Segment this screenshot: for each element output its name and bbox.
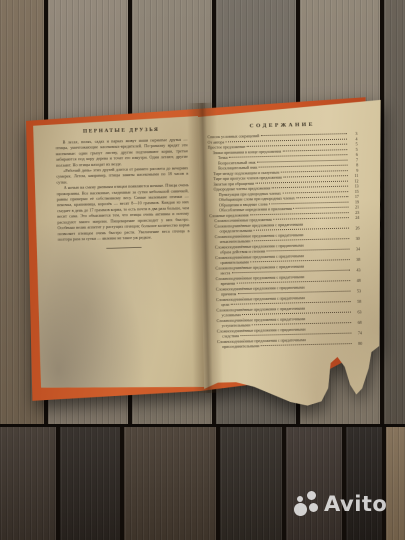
body-paragraph: А ночью на смену дневным птицам появляют… [56, 182, 189, 242]
toc-dot-leader [261, 133, 347, 136]
left-page-title: ПЕРНАТЫЕ ДРУЗЬЯ [55, 126, 187, 134]
toc-page-number: 48 [352, 278, 361, 283]
toc-dot-leader [269, 201, 349, 204]
toc-page-number: 34 [351, 247, 360, 252]
photo-scene: ПЕРНАТЫЕ ДРУЗЬЯ В лесах, полях, садах и … [0, 0, 405, 540]
left-paragraphs: В лесах, полях, садах и парках живут наш… [55, 137, 189, 243]
avito-watermark: Avito [294, 490, 387, 517]
toc-list: Список условных сокращений3От автора4Про… [207, 131, 362, 350]
toc-dot-leader [273, 217, 349, 220]
toc-dot-leader [261, 343, 352, 346]
toc-page-number: 30 [351, 236, 360, 241]
toc-dot-leader [282, 191, 348, 193]
toc-page-number: 38 [351, 257, 360, 262]
toc-dot-leader [250, 212, 349, 215]
toc-dot-leader [255, 180, 348, 183]
left-page: ПЕРНАТЫЕ ДРУЗЬЯ В лесах, полях, садах и … [33, 113, 204, 393]
toc-page-number: 74 [353, 331, 362, 336]
toc-dot-leader [283, 149, 348, 151]
toc-page-number: 80 [353, 341, 362, 346]
toc-page-number: 53 [352, 289, 361, 294]
toc-dot-leader [267, 249, 350, 252]
toc-block: СОДЕРЖАНИЕ Список условных сокращений3От… [207, 120, 362, 350]
body-paragraph: В лесах, полях, садах и парках живут наш… [55, 137, 188, 169]
right-page: СОДЕРЖАНИЕ Список условных сокращений3От… [198, 100, 392, 426]
toc-dot-leader [293, 207, 348, 209]
toc-page-number: 68 [353, 320, 362, 325]
toc-dot-leader [254, 228, 349, 231]
toc-page-number: 58 [352, 299, 361, 304]
toc-entry-label: присоединительными [222, 344, 259, 350]
footnote-rule [106, 247, 141, 248]
toc-dot-leader [250, 259, 349, 262]
book: ПЕРНАТЫЕ ДРУЗЬЯ В лесах, полях, садах и … [0, 0, 405, 540]
toc-page-number: 26 [350, 226, 359, 231]
toc-dot-leader [283, 175, 348, 177]
toc-dot-leader [272, 186, 348, 189]
avito-brand-text: Avito [324, 492, 387, 516]
left-page-text: ПЕРНАТЫЕ ДРУЗЬЯ В лесах, полях, садах и … [55, 126, 190, 250]
toc-page-number: 24 [350, 215, 359, 220]
toc-dot-leader [296, 196, 348, 198]
avito-logo-icon [294, 490, 320, 517]
toc-dot-leader [252, 238, 350, 241]
toc-page-number: 43 [351, 268, 360, 273]
toc-dot-leader [247, 144, 347, 147]
toc-dot-leader [259, 165, 348, 168]
toc-page-number: 63 [352, 310, 361, 315]
toc-dot-leader [281, 170, 348, 173]
toc-title: СОДЕРЖАНИЕ [207, 120, 357, 129]
toc-dot-leader [252, 322, 351, 325]
toc-dot-leader [257, 159, 347, 162]
